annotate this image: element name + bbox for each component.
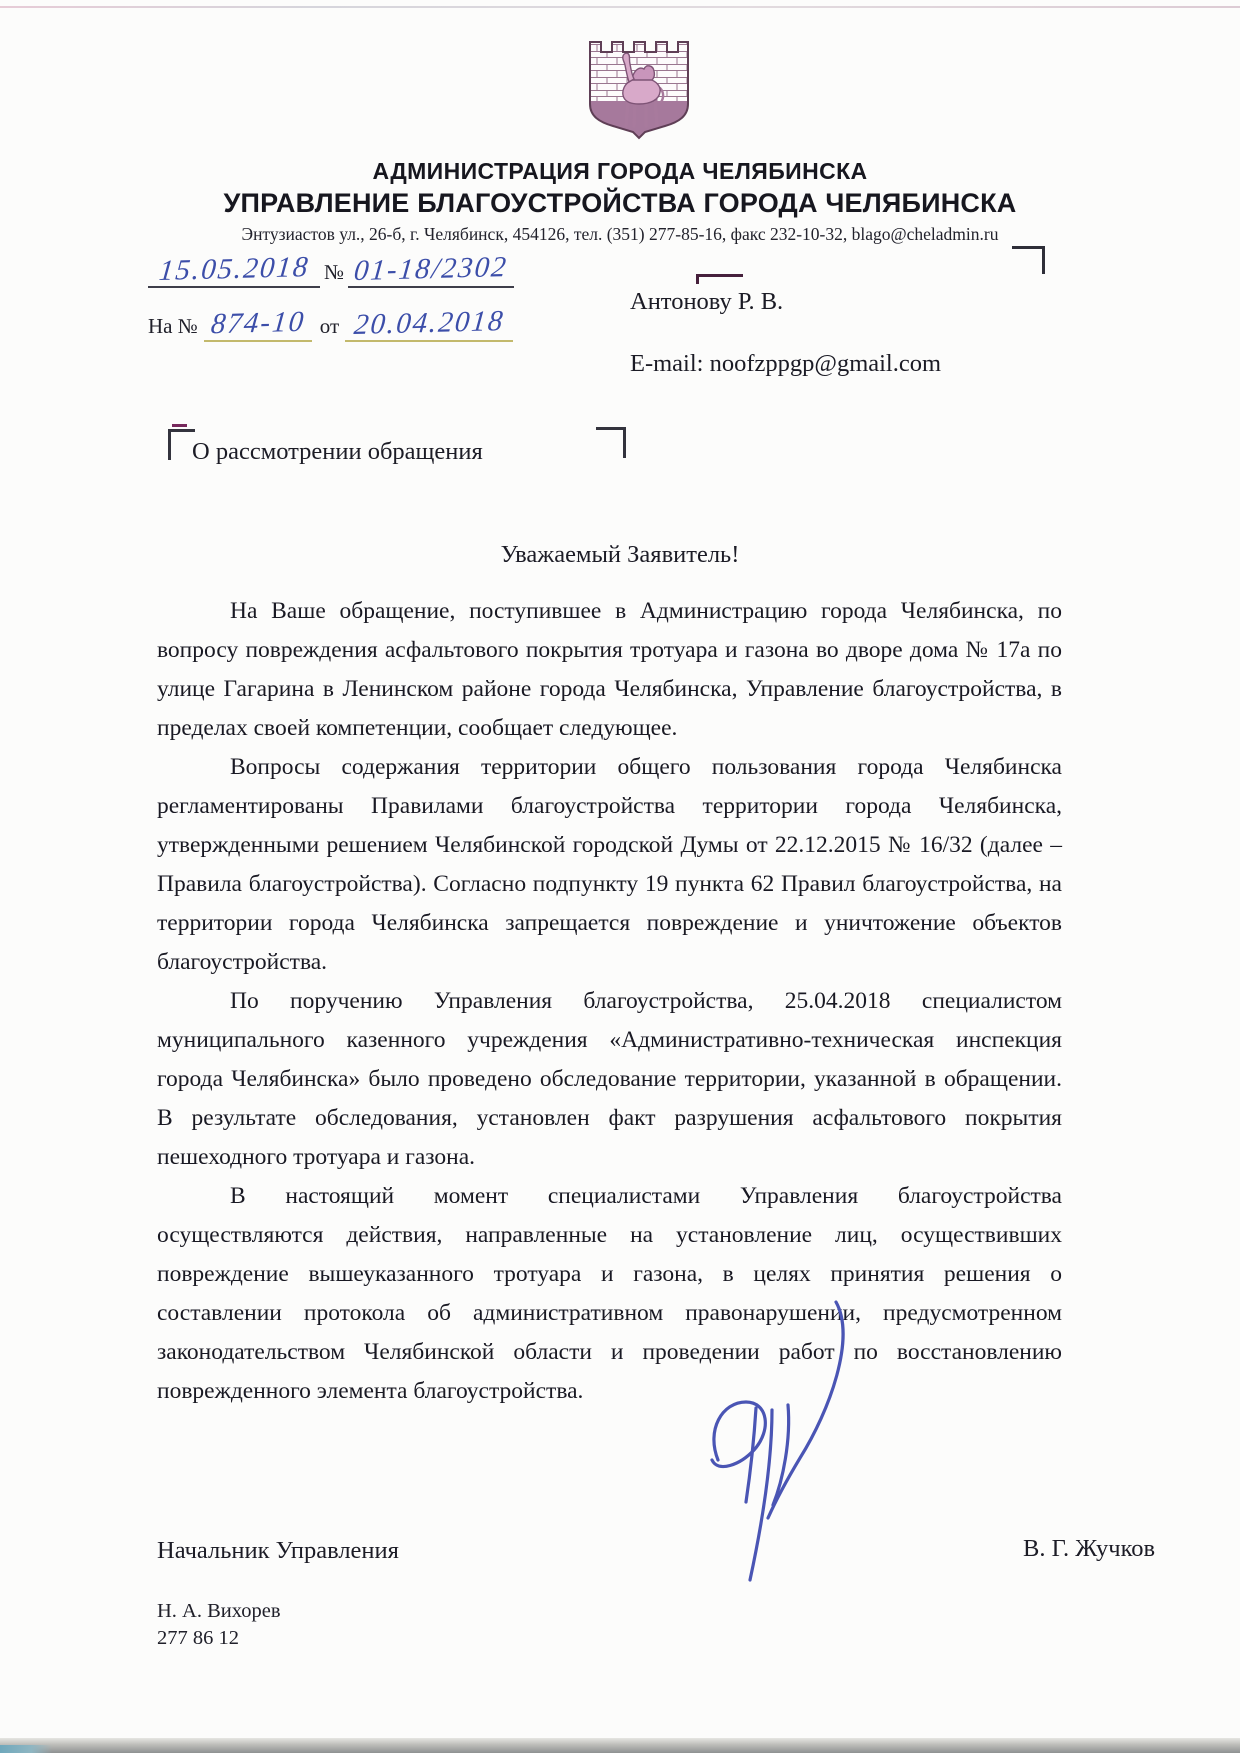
ot-label: от	[312, 314, 345, 342]
letterhead: АДМИНИСТРАЦИЯ ГОРОДА ЧЕЛЯБИНСКА УПРАВЛЕН…	[0, 158, 1240, 245]
body-paragraph-4: В настоящий момент специалистами Управле…	[157, 1177, 1062, 1411]
subject-line: О рассмотрении обращения	[192, 438, 483, 466]
salutation: Уважаемый Заявитель!	[0, 541, 1240, 569]
signer-position: Начальник Управления	[157, 1537, 399, 1565]
letter-number-handwritten: 01-18/2302	[353, 251, 510, 288]
outgoing-reference-row: 15.05.2018 № 01-18/2302	[148, 238, 538, 288]
recipient-corner-mark-left	[697, 274, 743, 277]
incoming-date-handwritten: 20.04.2018	[352, 305, 506, 342]
scan-top-edge-artifact	[0, 6, 1240, 8]
org-name-line2: УПРАВЛЕНИЕ БЛАГОУСТРОЙСТВА ГОРОДА ЧЕЛЯБИ…	[0, 188, 1240, 219]
incoming-number-handwritten: 874-10	[209, 306, 306, 342]
letter-date-slot: 15.05.2018	[148, 253, 320, 288]
scan-bottom-edge-artifact	[0, 1738, 1240, 1753]
na-no-label: На №	[148, 314, 204, 342]
scanned-letter-page: АДМИНИСТРАЦИЯ ГОРОДА ЧЕЛЯБИНСКА УПРАВЛЕН…	[0, 0, 1240, 1753]
recipient-email: E-mail: noofzppgp@gmail.com	[630, 350, 941, 378]
incoming-date-slot: 20.04.2018	[345, 307, 513, 342]
recipient-block: Антонову Р. В. E-mail: noofzppgp@gmail.c…	[630, 288, 941, 378]
org-name-line1: АДМИНИСТРАЦИЯ ГОРОДА ЧЕЛЯБИНСКА	[0, 158, 1240, 185]
incoming-number-slot: 874-10	[204, 307, 312, 342]
letter-date-handwritten: 15.05.2018	[157, 251, 311, 288]
body-paragraph-2: Вопросы содержания территории общего пол…	[157, 748, 1062, 982]
number-sign: №	[320, 260, 348, 288]
incoming-reference-row: На № 874-10 от 20.04.2018	[148, 302, 538, 342]
recipient-corner-mark-right	[1012, 246, 1045, 274]
executor-name: Н. А. Вихорев	[157, 1598, 281, 1625]
signer-name: В. Г. Жучков	[1023, 1535, 1155, 1563]
reference-block: 15.05.2018 № 01-18/2302 На № 874-10 от 2…	[148, 238, 538, 342]
executor-block: Н. А. Вихорев 277 86 12	[157, 1598, 281, 1652]
subject-corner-mark-left	[168, 429, 195, 460]
letter-number-slot: 01-18/2302	[348, 253, 514, 288]
recipient-name: Антонову Р. В.	[630, 288, 941, 316]
chelyabinsk-coat-of-arms-icon	[582, 38, 696, 140]
body-paragraph-1: На Ваше обращение, поступившее в Админис…	[157, 592, 1062, 748]
executor-phone: 277 86 12	[157, 1625, 281, 1652]
body-paragraph-3: По поручению Управления благоустройства,…	[157, 982, 1062, 1177]
handwritten-signature-icon	[688, 1290, 888, 1590]
letter-body: На Ваше обращение, поступившее в Админис…	[157, 592, 1062, 1411]
subject-corner-mark-right	[596, 427, 626, 458]
